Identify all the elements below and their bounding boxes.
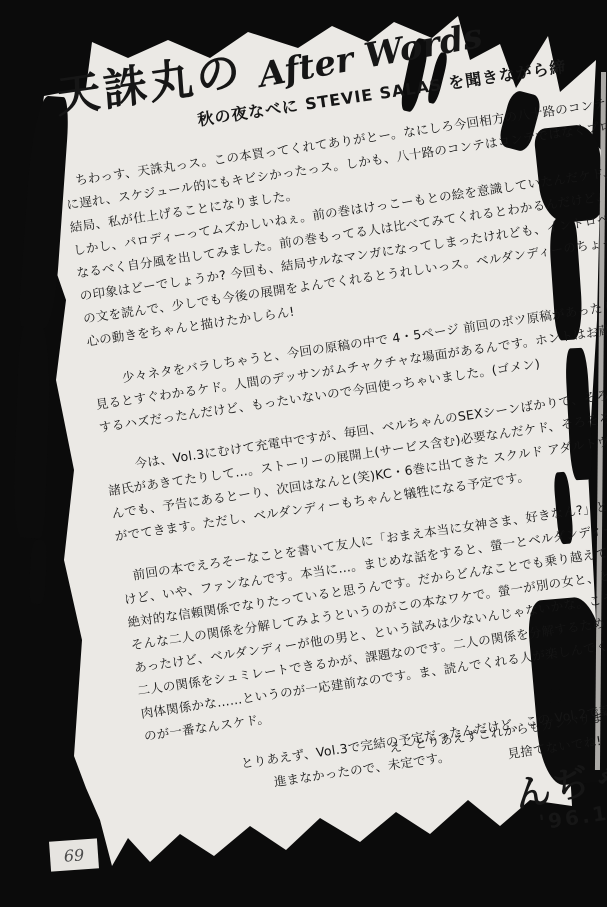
ink-smudge: [12, 322, 52, 539]
ink-smudge: [28, 540, 47, 605]
scanned-afterword-page: 天誅丸の After Words 秋の夜なべに STEVIE SALAS を聞き…: [0, 0, 607, 907]
page-number: 69: [63, 845, 85, 865]
page-number-box: 69: [49, 838, 99, 871]
